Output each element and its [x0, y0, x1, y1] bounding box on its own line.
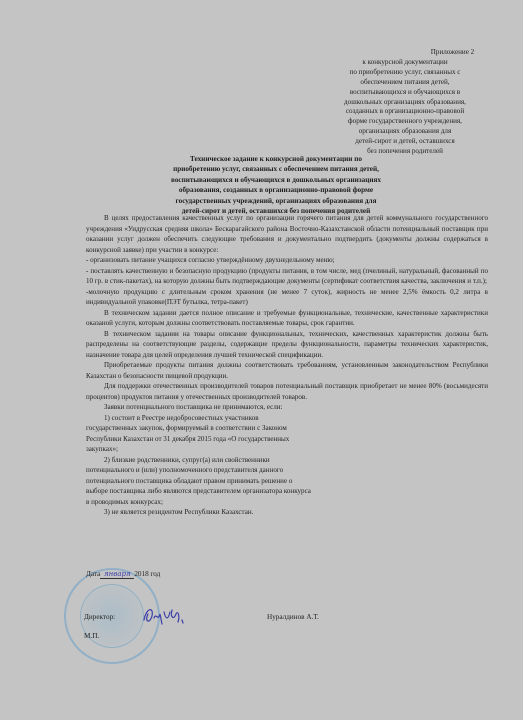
appendix-line: к конкурсной документации — [300, 58, 510, 68]
date-line: Датаянваря2018 год — [86, 570, 160, 579]
appendix-line: по приобретению услуг, связанных с — [300, 68, 510, 78]
appendix-line: организациях образования для — [300, 127, 510, 137]
seal-placeholder: М.П. — [84, 632, 99, 640]
domestic-paragraph: Для поддержки отечественных производител… — [86, 381, 488, 402]
title-line: государственных учреждений, организациях… — [150, 196, 402, 206]
document-title: Техническое задание к конкурсной докумен… — [150, 154, 402, 216]
appendix-line: дошкольных организациях образования, — [300, 98, 510, 108]
appendix-header: Приложение 2 к конкурсной документации п… — [300, 48, 510, 157]
appendix-line: форме государственного учреждения, — [300, 117, 510, 127]
date-handwritten: января — [100, 570, 134, 579]
reason-2-body: потенциального и (или) уполномоченного п… — [86, 465, 311, 507]
title-line: воспитывающихся и обучающихся в дошкольн… — [150, 175, 402, 185]
reason-3: 3) не является резидентом Республики Каз… — [86, 507, 488, 518]
safety-paragraph: Приобретаемые продукты питания должны со… — [86, 360, 488, 381]
goods-paragraph: В техническом задании на товары описание… — [86, 329, 488, 361]
date-label: Дата — [86, 570, 100, 578]
appendix-line: обеспечением питания детей, — [300, 78, 510, 88]
intro-paragraph: В целях предоставления качественных услу… — [86, 213, 488, 255]
signature-icon — [140, 604, 188, 628]
reason-2-lead: 2) близкие родственники, супруг(а) или с… — [86, 455, 488, 466]
scanned-document-page: Приложение 2 к конкурсной документации п… — [0, 0, 523, 720]
rejection-intro: Заявки потенциального поставщика не прин… — [86, 402, 488, 413]
title-line: Техническое задание к конкурсной докумен… — [150, 154, 402, 164]
appendix-line: детей-сирот и детей, оставшихся — [300, 137, 510, 147]
appendix-line: созданных в организационно-правовой — [300, 107, 510, 117]
director-name: Нуралдинов А.Т. — [267, 613, 319, 621]
description-paragraph: В техническом задании дается полное опис… — [86, 308, 488, 329]
requirement-products: - поставлять качественную и безопасную п… — [86, 266, 488, 287]
requirement-menu: - организовать питание учащихся согласно… — [86, 255, 488, 266]
appendix-number: Приложение 2 — [300, 48, 510, 58]
title-line: приобретению услуг, связанных с обеспече… — [150, 164, 402, 174]
director-label: Директор: — [84, 613, 115, 621]
date-year: 2018 год — [134, 570, 160, 578]
reason-1-body: государственных закупок, формируемый в с… — [86, 423, 311, 455]
appendix-line: воспитывающихся и обучающихся в — [300, 88, 510, 98]
document-body: В целях предоставления качественных услу… — [86, 213, 488, 518]
requirement-dairy: -молочную продукцию с длительным сроком … — [86, 287, 488, 308]
reason-1-lead: 1) состоит в Реестре недобросовестных уч… — [86, 413, 488, 424]
title-line: образования, созданных в организационно-… — [150, 185, 402, 195]
